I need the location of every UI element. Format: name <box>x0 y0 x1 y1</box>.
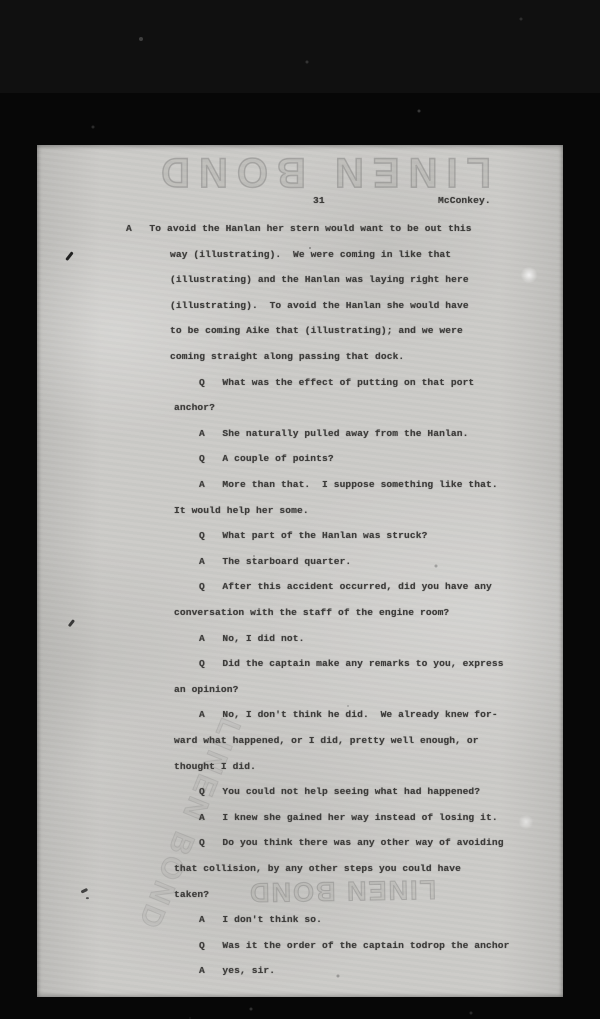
page-number: 31 <box>313 195 325 206</box>
linen-bond-watermark-top: LINEN BOND <box>161 144 491 201</box>
pen-tick-mark <box>81 888 88 893</box>
paper-specks <box>309 247 311 249</box>
scanner-dust-specks <box>0 0 2 2</box>
linen-bond-watermark-bottom: LINEN BOND <box>251 869 437 912</box>
pen-tick-mark <box>65 251 73 260</box>
transcript-line: Q You could not help seeing what had hap… <box>199 786 480 797</box>
transcript-line: (illustrating). To avoid the Hanlan she … <box>170 300 469 311</box>
transcript-line: ward what happened, or I did, pretty wel… <box>174 735 479 746</box>
transcript-line: that collision, by any other steps you c… <box>174 863 461 874</box>
transcript-line: Q Did the captain make any remarks to yo… <box>199 658 504 669</box>
transcript-line: Q Do you think there was any other way o… <box>199 837 504 848</box>
transcript-line: way (illustrating). We were coming in li… <box>170 249 451 260</box>
transcript-line: Q A couple of points? <box>199 453 334 464</box>
transcript-line: Q Was it the order of the captain todrop… <box>199 940 509 951</box>
transcript-line: coming straight along passing that dock. <box>170 351 404 362</box>
scanned-document-page: LINEN BOND LINEN BOND LINEN BOND 31 McCo… <box>0 0 600 1019</box>
transcript-line: Q What part of the Hanlan was struck? <box>199 530 427 541</box>
paper-worn-spot <box>520 267 538 283</box>
transcript-line: an opinion? <box>174 684 238 695</box>
transcript-line: A No, I don't think he did. We already k… <box>199 709 498 720</box>
scanner-background-band <box>0 0 600 93</box>
pen-tick-mark <box>68 619 75 627</box>
transcript-line: anchor? <box>174 402 215 413</box>
paper-worn-spot <box>518 815 534 829</box>
transcript-line: A More than that. I suppose something li… <box>199 479 498 490</box>
transcript-line: to be coming Aike that (illustrating); a… <box>170 325 463 336</box>
transcript-line: A I don't think so. <box>199 914 322 925</box>
transcript-line: A The starboard quarter. <box>199 556 351 567</box>
transcript-line: (illustrating) and the Hanlan was laying… <box>170 274 469 285</box>
transcript-line: conversation with the staff of the engin… <box>174 607 449 618</box>
witness-name-header: McConkey. <box>438 195 491 206</box>
transcript-line: A I knew she gained her way instead of l… <box>199 812 498 823</box>
transcript-line: A yes, sir. <box>199 965 275 976</box>
transcript-line: A To avoid the Hanlan her stern would wa… <box>126 223 472 234</box>
transcript-line: It would help her some. <box>174 505 309 516</box>
transcript-line: A She naturally pulled away from the Han… <box>199 428 468 439</box>
transcript-line: taken? <box>174 889 209 900</box>
transcript-paper-sheet: LINEN BOND LINEN BOND LINEN BOND 31 McCo… <box>37 145 563 997</box>
transcript-line: A No, I did not. <box>199 633 304 644</box>
transcript-line: Q After this accident occurred, did you … <box>199 581 492 592</box>
transcript-line: Q What was the effect of putting on that… <box>199 377 474 388</box>
transcript-line: thought I did. <box>174 761 256 772</box>
